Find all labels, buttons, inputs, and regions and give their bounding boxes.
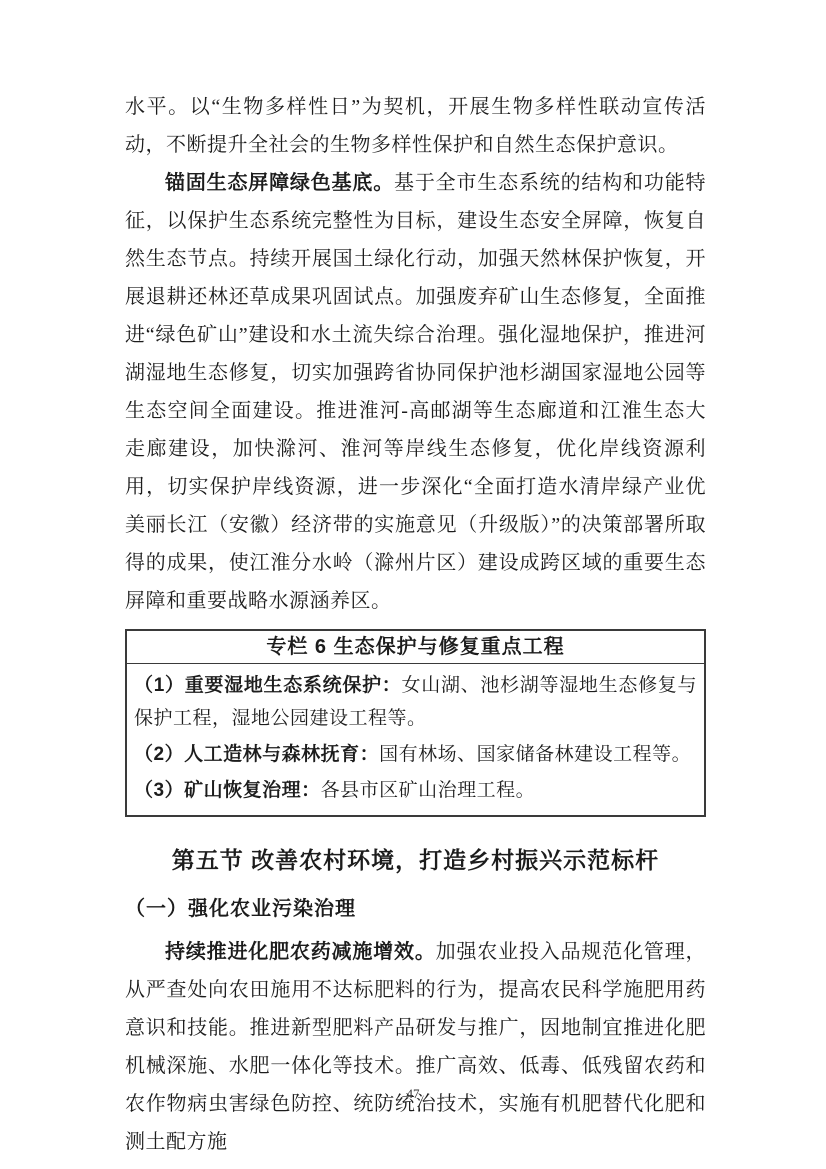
paragraph-fertilizer-lead: 持续推进化肥农药减施增效。: [165, 941, 436, 963]
paragraph-eco-barrier: 锚固生态屏障绿色基底。基于全市生态系统的结构和功能特征，以保护生态系统完整性为目…: [125, 164, 706, 620]
section-heading-five: 第五节 改善农村环境，打造乡村振兴示范标杆: [125, 843, 706, 877]
box-item-wetland: （1）重要湿地生态系统保护：女山湖、池杉湖等湿地生态修复与保护工程，湿地公园建设…: [134, 669, 697, 735]
box-item-mine: （3）矿山恢复治理：各县市区矿山治理工程。: [134, 774, 697, 807]
paragraph-fertilizer-text: 加强农业投入品规范化管理，从严查处向农田施用不达标肥料的行为，提高农民科学施肥用…: [125, 941, 706, 1153]
box-item-mine-lead: （3）矿山恢复治理：: [134, 780, 321, 801]
highlight-box-body: （1）重要湿地生态系统保护：女山湖、池杉湖等湿地生态修复与保护工程，湿地公园建设…: [127, 664, 704, 815]
paragraph-eco-barrier-lead: 锚固生态屏障绿色基底。: [165, 172, 394, 194]
page-number: 47: [0, 1086, 826, 1102]
box-item-mine-text: 各县市区矿山治理工程。: [321, 780, 536, 801]
paragraph-fertilizer: 持续推进化肥农药减施增效。加强农业投入品规范化管理，从严查处向农田施用不达标肥料…: [125, 933, 706, 1161]
subsection-heading-agriculture: （一）强化农业污染治理: [125, 893, 706, 925]
paragraph-biodiversity-continuation: 水平。以“生物多样性日”为契机，开展生物多样性联动宣传活动，不断提升全社会的生物…: [125, 88, 706, 164]
highlight-box-title: 专栏 6 生态保护与修复重点工程: [127, 631, 704, 664]
page-content: 水平。以“生物多样性日”为契机，开展生物多样性联动宣传活动，不断提升全社会的生物…: [125, 88, 706, 1161]
paragraph-eco-barrier-text: 基于全市生态系统的结构和功能特征，以保护生态系统完整性为目标，建设生态安全屏障，…: [125, 172, 706, 612]
highlight-box-column6: 专栏 6 生态保护与修复重点工程 （1）重要湿地生态系统保护：女山湖、池杉湖等湿…: [125, 629, 706, 817]
box-item-forest-text: 国有林场、国家储备林建设工程等。: [379, 744, 691, 765]
box-item-forest: （2）人工造林与森林抚育：国有林场、国家储备林建设工程等。: [134, 738, 697, 771]
box-item-forest-lead: （2）人工造林与森林抚育：: [134, 744, 379, 765]
box-item-wetland-lead: （1）重要湿地生态系统保护：: [134, 675, 402, 696]
document-page: 水平。以“生物多样性日”为契机，开展生物多样性联动宣传活动，不断提升全社会的生物…: [0, 0, 826, 1169]
